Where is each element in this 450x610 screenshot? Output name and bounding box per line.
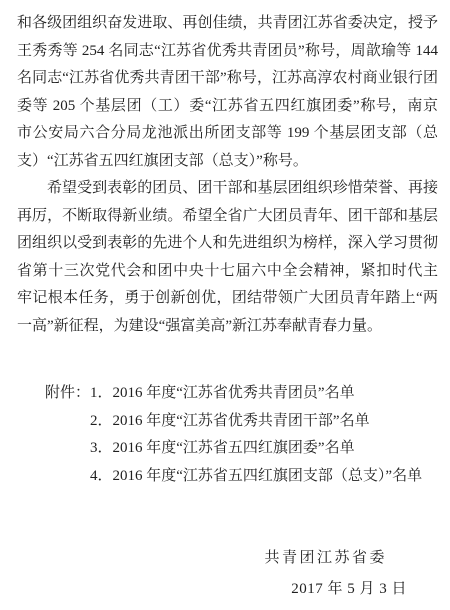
paragraph-hope-line-5: 牢记根本任务，勇于创新创优，团结带领广大团员青年踏上“两聚 <box>17 285 438 313</box>
signature-block: 共青团江苏省委 2017 年 5 月 3 日 <box>17 543 438 605</box>
attachments-items-line-3: 3．2016 年度“江苏省五四红旗团委”名单 <box>90 435 438 463</box>
paragraph-awards-line-4: 委等 205 个基层团（工）委“江苏省五四红旗团委”称号，南京 <box>17 93 438 121</box>
attachments-items-line-2: 2．2016 年度“江苏省优秀共青团干部”名单 <box>90 408 438 436</box>
paragraph-awards: 和各级团组织奋发进取、再创佳绩，共青团江苏省委决定，授予王秀秀等 254 名同志… <box>17 10 438 175</box>
paragraph-awards-line-6: 支）“江苏省五四红旗团支部（总支）”称号。 <box>17 148 438 176</box>
attachments-items-line-1: 1．2016 年度“江苏省优秀共青团员”名单 <box>90 380 438 408</box>
paragraph-awards-line-3: 名同志“江苏省优秀共青团干部”称号，江苏高淳农村商业银行团 <box>17 65 438 93</box>
paragraph-hope-line-4: 省第十三次党代会和团中央十七届六中全会精神，紧扣时代主题， <box>17 258 438 286</box>
paragraph-hope: 希望受到表彰的团员、团干部和基层团组织珍惜荣誉、再接再厉，不断取得新业绩。希望全… <box>17 175 438 340</box>
signature-date: 2017 年 5 月 3 日 <box>17 574 438 605</box>
paragraph-hope-line-2: 再厉，不断取得新业绩。希望全省广大团员青年、团干部和基层 <box>17 203 438 231</box>
paragraph-awards-line-2: 王秀秀等 254 名同志“江苏省优秀共青团员”称号，周歆瑜等 144 <box>17 38 438 66</box>
paragraph-awards-line-5: 市公安局六合分局龙池派出所团支部等 199 个基层团支部（总 <box>17 120 438 148</box>
paragraph-hope-line-3: 团组织以受到表彰的先进个人和先进组织为榜样，深入学习贯彻 <box>17 230 438 258</box>
document-page: 和各级团组织奋发进取、再创佳绩，共青团江苏省委决定，授予王秀秀等 254 名同志… <box>0 0 450 610</box>
attachments-items: 1．2016 年度“江苏省优秀共青团员”名单2．2016 年度“江苏省优秀共青团… <box>90 380 438 490</box>
signature-org: 共青团江苏省委 <box>17 543 438 574</box>
attachments-section: 附件： 1．2016 年度“江苏省优秀共青团员”名单2．2016 年度“江苏省优… <box>17 380 438 490</box>
attachments-items-line-4: 4．2016 年度“江苏省五四红旗团支部（总支）”名单 <box>90 463 438 491</box>
paragraph-awards-line-1: 和各级团组织奋发进取、再创佳绩，共青团江苏省委决定，授予 <box>17 10 438 38</box>
paragraph-hope-line-1: 希望受到表彰的团员、团干部和基层团组织珍惜荣誉、再接 <box>17 175 438 203</box>
attachments-label: 附件： <box>45 380 90 408</box>
paragraph-hope-line-6: 一高”新征程，为建设“强富美高”新江苏奉献青春力量。 <box>17 313 438 341</box>
